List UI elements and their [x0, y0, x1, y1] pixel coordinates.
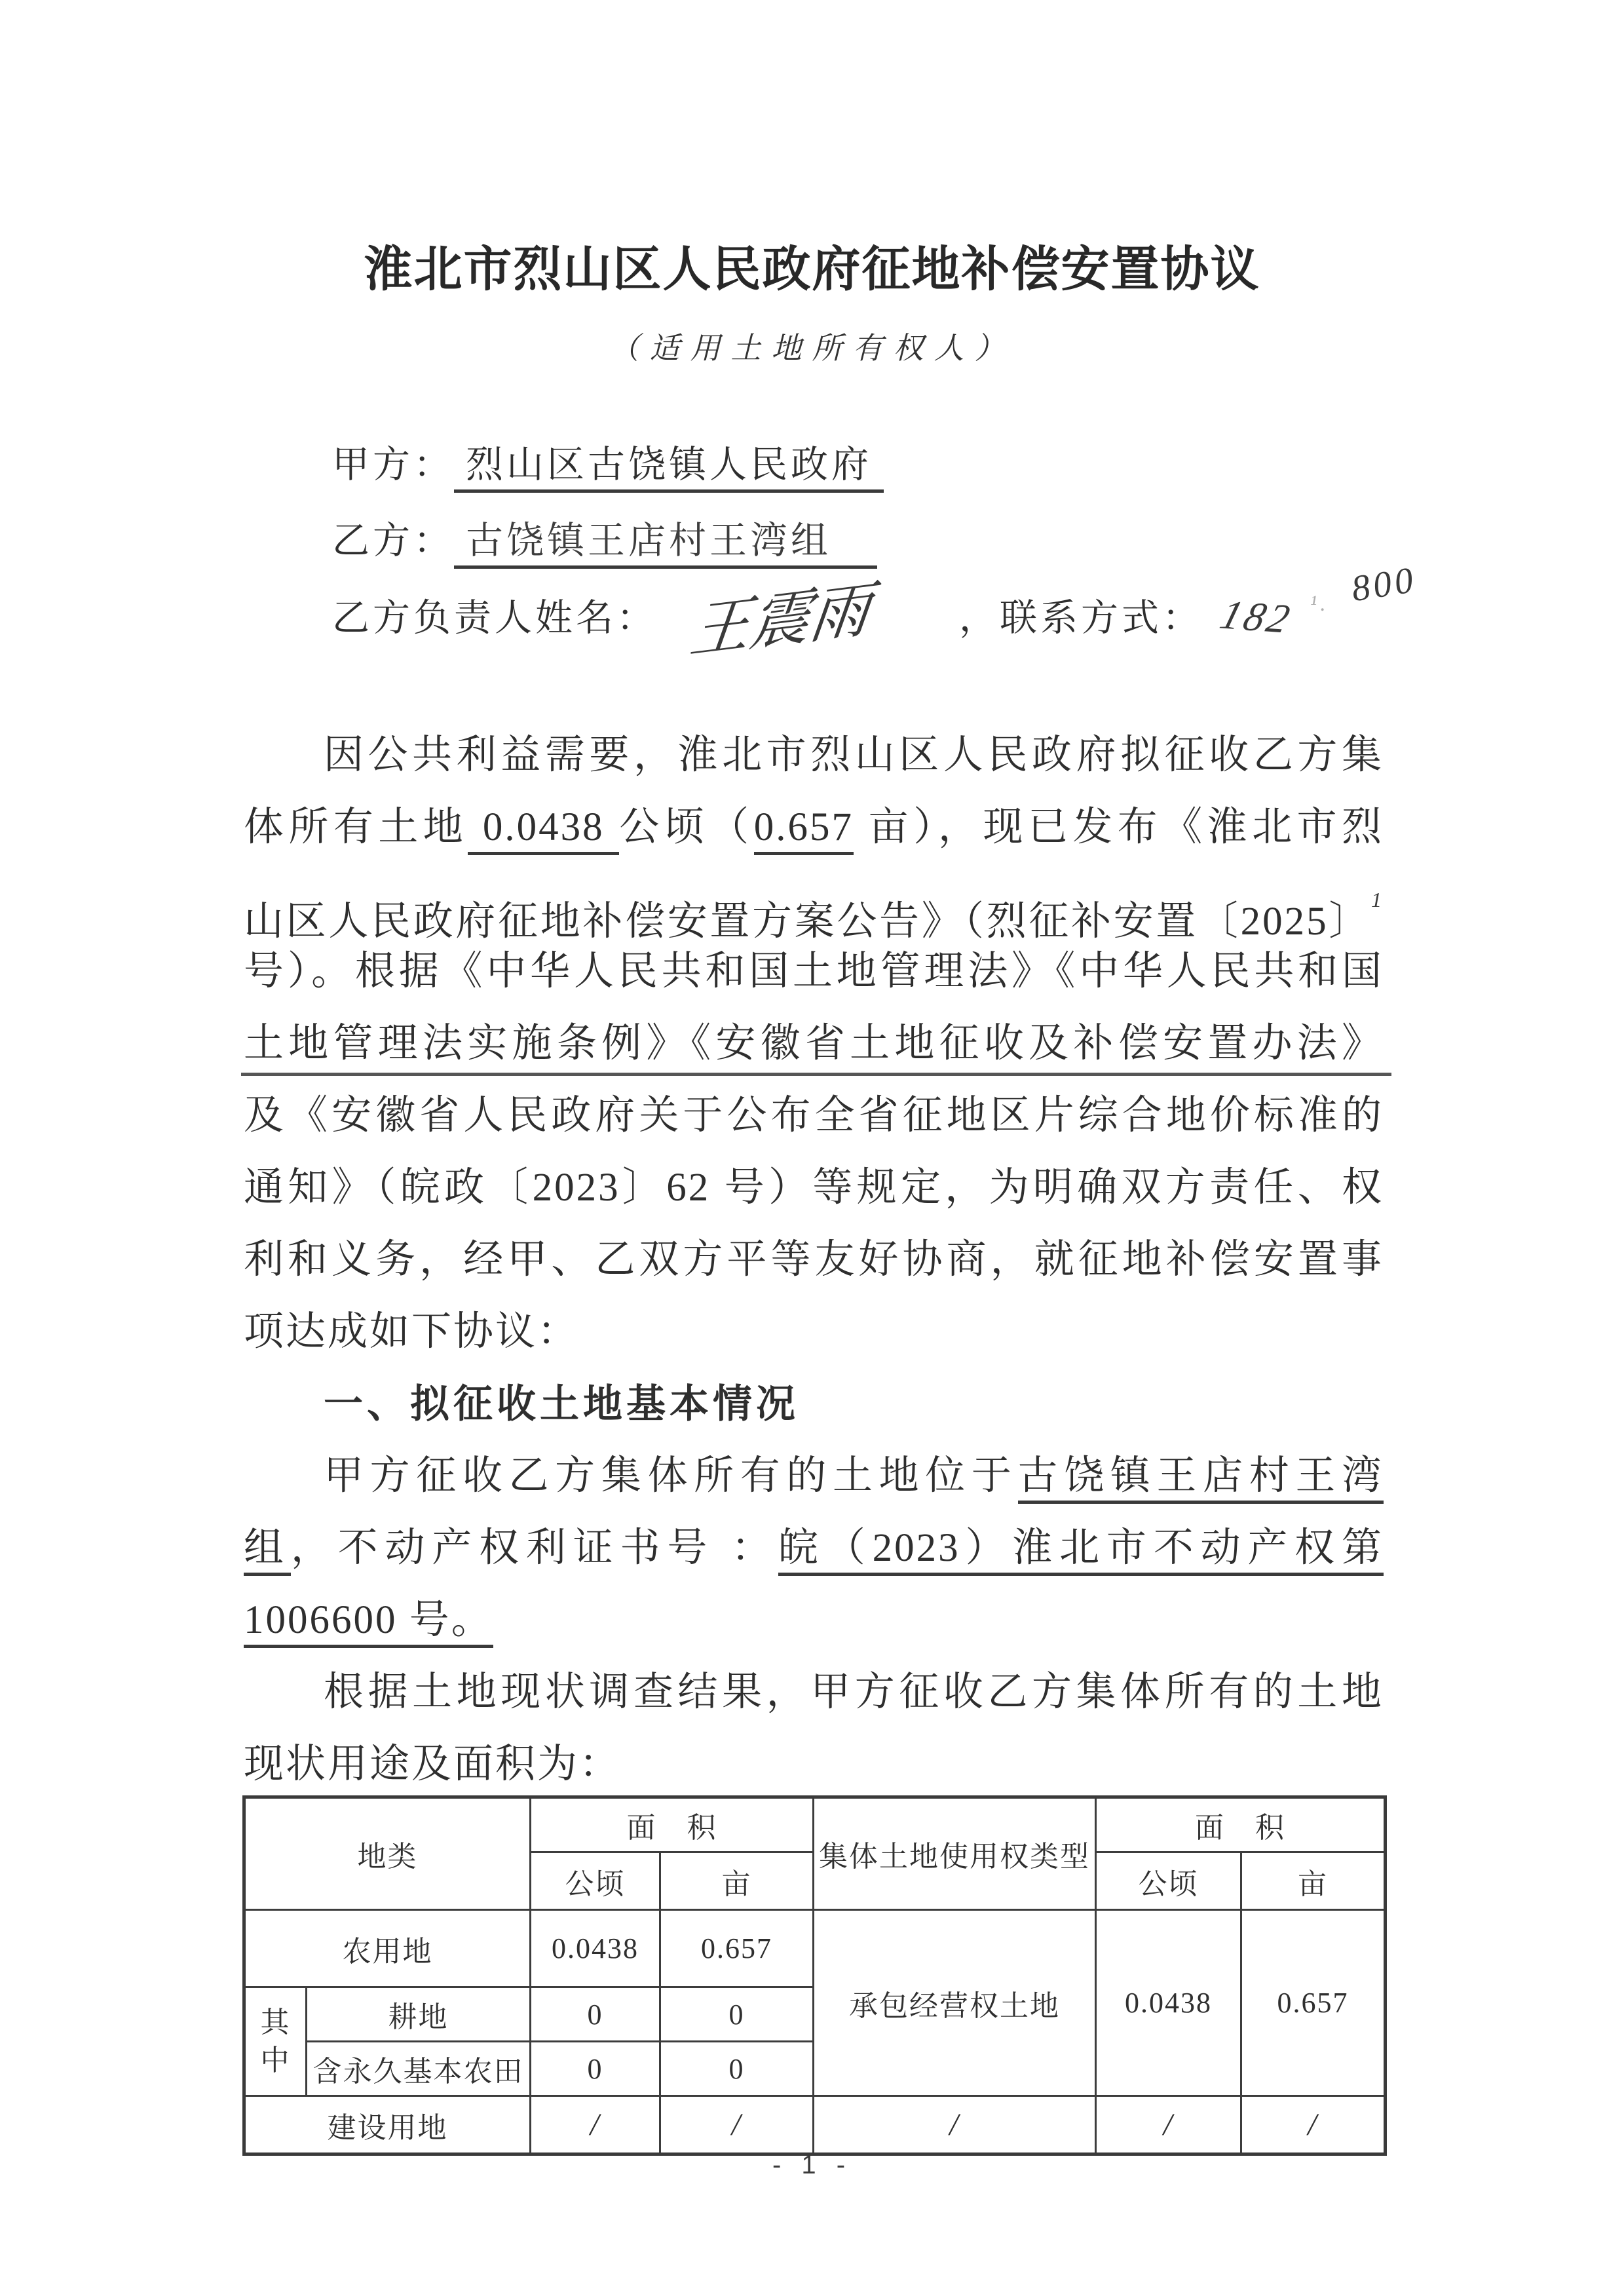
cell-permanent-mu: 0: [660, 2042, 814, 2096]
contact-label: ，联系方式：: [959, 598, 1203, 639]
cell-construction-usage-mu: /: [1241, 2096, 1386, 2154]
phone-handwritten-part2: 800: [1346, 542, 1422, 627]
cell-agricultural-hectare: 0.0438: [531, 1910, 660, 1987]
party-b-label: 乙方：: [332, 520, 454, 562]
body-line: 体所有土地 0.0438 公顷（0.657 亩），现已发布《淮北市烈: [244, 793, 1384, 865]
underlined-text: 1006600 号。: [244, 1598, 493, 1648]
text-run: 亩），现已发布《淮北市烈: [854, 805, 1384, 849]
land-area-table: 地类 面 积 集体土地使用权类型 面 积 公顷 亩 公顷 亩 农用地 0.043…: [242, 1795, 1387, 2156]
phone-handwritten-part1: 182: [1211, 577, 1302, 657]
body-line: 土地管理法实施条例》《安徽省土地征收及补偿安置办法》: [244, 1009, 1384, 1081]
cell-construction-hectare: /: [531, 2096, 660, 2154]
document-page: 淮北市烈山区人民政府征地补偿安置协议 （适用土地所有权人） 甲方：烈山区古饶镇人…: [0, 0, 1624, 2296]
th-land-class: 地类: [244, 1797, 531, 1910]
cell-permanent-hectare: 0: [531, 2042, 660, 2096]
body-line: 号）。根据《中华人民共和国土地管理法》《中华人民共和国: [244, 937, 1384, 1009]
rep-name-label: 乙方负责人姓名：: [332, 598, 657, 639]
text-run: 通知》（皖政〔2023〕62 号）等规定，为明确双方责任、权: [244, 1166, 1384, 1210]
th-usage-type: 集体土地使用权类型: [814, 1797, 1096, 1910]
underlined-text: 皖（2023）淮北市不动产权第: [778, 1526, 1384, 1576]
among-stacked-text: 其中: [259, 2004, 292, 2078]
cell-among-label: 其中: [244, 1987, 307, 2096]
body-line: 1006600 号。: [244, 1586, 1384, 1658]
cell-construction-usage-hectare: /: [1096, 2096, 1241, 2154]
party-a-line: 甲方：烈山区古饶镇人民政府: [244, 427, 1384, 503]
body-line: 通知》（皖政〔2023〕62 号）等规定，为明确双方责任、权: [244, 1153, 1384, 1225]
underlined-text: 0.0438: [468, 805, 619, 855]
party-a-value: 烈山区古饶镇人民政府: [454, 444, 884, 493]
body-line: 组，不动产权利证书号 ：皖（2023）淮北市不动产权第: [244, 1514, 1384, 1586]
underlined-text: 0.657: [754, 805, 854, 855]
cell-construction-label: 建设用地: [244, 2096, 531, 2154]
text-run: ，不动产权利证书号 ：: [291, 1526, 778, 1570]
text-run: 根据土地现状调查结果，甲方征收乙方集体所有的土地: [324, 1670, 1384, 1714]
cell-usage-type: 承包经营权土地: [814, 1910, 1096, 2096]
text-run: 及《安徽省人民政府关于公布全省征地区片综合地价标准的: [244, 1094, 1384, 1138]
document-title: 淮北市烈山区人民政府征地补偿安置协议: [0, 231, 1624, 300]
handwritten-mark: 1: [1371, 888, 1384, 911]
table-header-row-1: 地类 面 积 集体土地使用权类型 面 积: [244, 1797, 1386, 1852]
th-area-right: 面 积: [1096, 1797, 1386, 1852]
body-line: 利和义务，经甲、乙双方平等友好协商，就征地补偿安置事: [244, 1225, 1384, 1297]
th-hectare-right: 公顷: [1096, 1852, 1241, 1910]
underlined-text: 古饶镇王店村王湾: [1018, 1454, 1384, 1504]
text-run: 利和义务，经甲、乙双方平等友好协商，就征地补偿安置事: [244, 1238, 1384, 1282]
cell-usage-hectare: 0.0438: [1096, 1910, 1241, 2096]
section-heading: 一、拟征收土地基本情况: [244, 1369, 1384, 1442]
party-a-label: 甲方：: [332, 444, 454, 486]
body-line: 根据土地现状调查结果，甲方征收乙方集体所有的土地: [244, 1658, 1384, 1730]
body-text: 因公共利益需要，淮北市烈山区人民政府拟征收乙方集体所有土地 0.0438 公顷（…: [244, 721, 1384, 1802]
underlined-text: 组: [244, 1526, 291, 1576]
cell-usage-mu: 0.657: [1241, 1910, 1386, 2096]
party-b-value: 古饶镇王店村王湾组: [454, 520, 877, 569]
parties-section: 甲方：烈山区古饶镇人民政府 乙方：古饶镇王店村王湾组 乙方负责人姓名：王震雨，联…: [244, 427, 1384, 655]
document-subtitle: （适用土地所有权人）: [0, 324, 1624, 368]
body-line: 现状用途及面积为：: [244, 1730, 1384, 1802]
body-line: 因公共利益需要，淮北市烈山区人民政府拟征收乙方集: [244, 721, 1384, 793]
rep-line: 乙方负责人姓名：王震雨，联系方式：182¹.800: [244, 579, 1384, 655]
th-mu-left: 亩: [660, 1852, 814, 1910]
phone-handwritten-middle: ¹.: [1310, 566, 1329, 642]
text-run: 公顷（: [619, 805, 753, 849]
body-line: 项达成如下协议：: [244, 1297, 1384, 1369]
text-run: 体所有土地: [244, 805, 468, 849]
text-run: 项达成如下协议：: [244, 1310, 579, 1354]
cell-agricultural-label: 农用地: [244, 1910, 531, 1987]
cell-permanent-label: 含永久基本农田: [307, 2042, 531, 2096]
th-hectare-left: 公顷: [531, 1852, 660, 1910]
text-run: 甲方征收乙方集体所有的土地位于: [324, 1454, 1018, 1498]
cell-cultivated-mu: 0: [660, 1987, 814, 2042]
cell-construction-mu: /: [660, 2096, 814, 2154]
body-line: 甲方征收乙方集体所有的土地位于古饶镇王店村王湾: [244, 1442, 1384, 1514]
th-mu-right: 亩: [1241, 1852, 1386, 1910]
cell-cultivated-hectare: 0: [531, 1987, 660, 2042]
body-line: 山区人民政府征地补偿安置方案公告》（烈征补安置〔2025〕1: [244, 865, 1384, 937]
text-run: 因公共利益需要，淮北市烈山区人民政府拟征收乙方集: [324, 733, 1384, 777]
party-b-line: 乙方：古饶镇王店村王湾组: [244, 503, 1384, 579]
text-run: 号）。根据《中华人民共和国土地管理法》《中华人民共和国: [244, 949, 1384, 993]
text-run: 土地管理法实施条例》《安徽省土地征收及补偿安置办法》: [244, 1022, 1384, 1065]
th-area-left: 面 积: [531, 1797, 814, 1852]
text-run: 现状用途及面积为：: [244, 1742, 621, 1786]
text-run: 一、拟征收土地基本情况: [324, 1382, 799, 1426]
body-line: 及《安徽省人民政府关于公布全省征地区片综合地价标准的: [244, 1081, 1384, 1153]
table-row-agricultural: 农用地 0.0438 0.657 承包经营权土地 0.0438 0.657: [244, 1910, 1386, 1987]
table-row-construction: 建设用地 / / / / /: [244, 2096, 1386, 2154]
page-number: - 1 -: [0, 2151, 1624, 2180]
rep-signature-handwritten: 王震雨: [687, 579, 874, 662]
cell-agricultural-mu: 0.657: [660, 1910, 814, 1987]
cell-construction-usage: /: [814, 2096, 1096, 2154]
cell-cultivated-label: 耕地: [307, 1987, 531, 2042]
